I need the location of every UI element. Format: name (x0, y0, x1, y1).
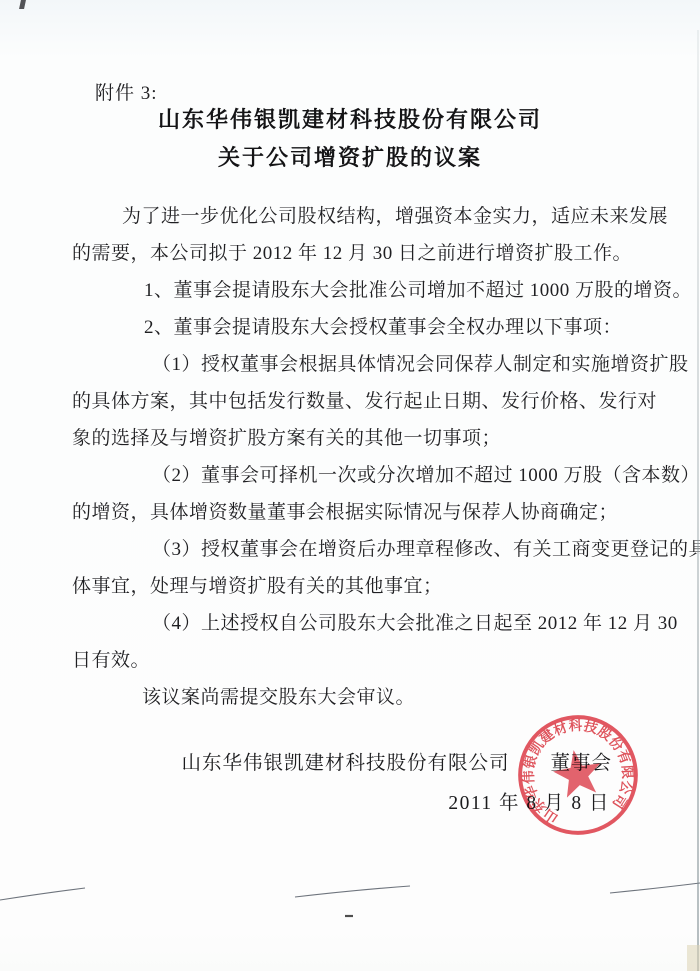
star-icon (550, 746, 605, 799)
body-line: （3）授权董事会在增资后办理章程修改、有关工商变更登记的具 (72, 531, 647, 568)
scan-corner-patch (687, 945, 700, 971)
document-title-company: 山东华伟银凯建材科技股份有限公司 (0, 103, 700, 134)
body-line: 1、董事会提请股东大会批准公司增加不超过 1000 万股的增资。 (72, 272, 647, 309)
body-line: 象的选择及与增资扩股方案有关的其他一切事项； (72, 420, 647, 457)
body-line: 日有效。 (72, 642, 647, 679)
body-line: 2、董事会提请股东大会授权董事会全权办理以下事项： (72, 309, 647, 346)
body-line: 为了进一步优化公司股权结构，增强资本金实力，适应未来发展 (72, 198, 647, 235)
company-seal-stamp: 山东华伟银凯建材科技股份有限公司 (508, 705, 648, 845)
body-line: 体事宜，处理与增资扩股有关的其他事宜； (72, 568, 647, 605)
body-line: （2）董事会可择机一次或分次增加不超过 1000 万股（含本数） (72, 457, 647, 494)
document-body: 为了进一步优化公司股权结构，增强资本金实力，适应未来发展 的需要，本公司拟于 2… (72, 198, 647, 716)
body-line: （4）上述授权自公司股东大会批准之日起至 2012 年 12 月 30 (72, 605, 647, 642)
body-line: 的具体方案，其中包括发行数量、发行起止日期、发行价格、发行对 (72, 383, 647, 420)
scanned-document-page: 附件 3: 山东华伟银凯建材科技股份有限公司 关于公司增资扩股的议案 为了进一步… (0, 0, 700, 971)
body-line: （1）授权董事会根据具体情况会同保荐人制定和实施增资扩股 (72, 346, 647, 383)
scan-tick-mark (19, 0, 26, 9)
body-line: 的需要，本公司拟于 2012 年 12 月 30 日之前进行增资扩股工作。 (72, 235, 647, 272)
body-line: 的增资，具体增资数量董事会根据实际情况与保荐人协商确定； (72, 494, 647, 531)
document-title-subject: 关于公司增资扩股的议案 (0, 141, 700, 172)
attachment-label: 附件 3: (95, 78, 158, 105)
